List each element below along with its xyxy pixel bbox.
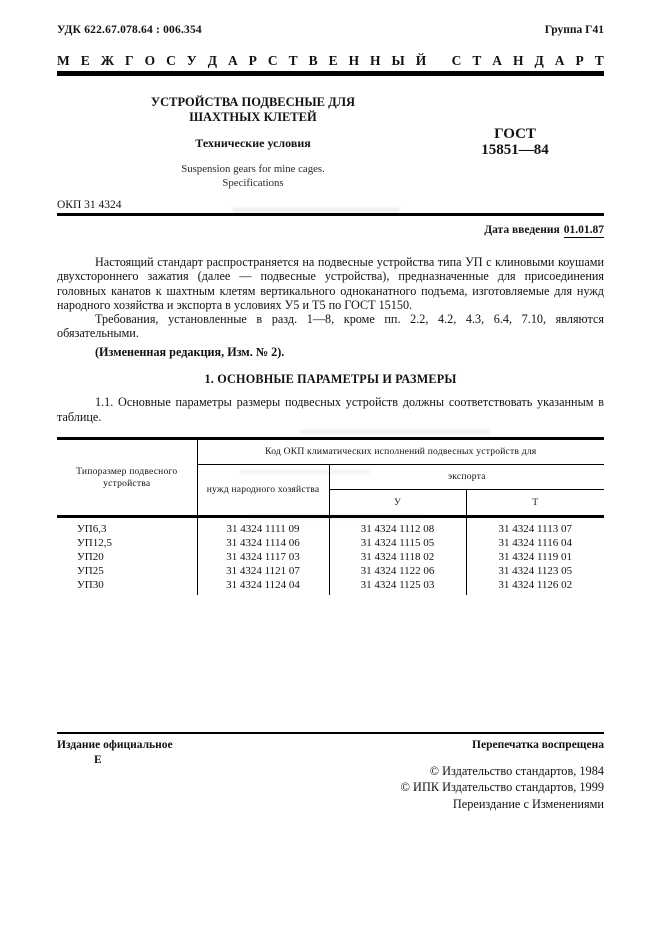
scan-artifact — [300, 430, 490, 434]
col-header-type-size: Типоразмер подвесного устройства — [57, 439, 197, 517]
body-text: Настоящий стандарт распространяется на п… — [57, 255, 604, 424]
paragraph-scope: Настоящий стандарт распространяется на п… — [57, 255, 604, 312]
scan-artifact — [232, 208, 400, 212]
document-title-en: Suspension gears for mine cages. Specifi… — [57, 163, 449, 190]
cell-export-t: 31 4324 1119 01 — [466, 550, 604, 564]
col-header-okp-code: Код ОКП климатических исполнений подвесн… — [197, 439, 604, 465]
title-line-2: ШАХТНЫХ КЛЕТЕЙ — [57, 110, 449, 125]
cell-export-t: 31 4324 1116 04 — [466, 536, 604, 550]
scan-artifact — [248, 515, 423, 519]
col-header-t: Т — [466, 490, 604, 517]
cell-national: 31 4324 1117 03 — [197, 550, 329, 564]
standard-banner: МЕЖГОСУДАРСТВЕННЫЙ СТАНДАРТ — [57, 53, 604, 69]
paragraph-amended-note: (Измененная редакция, Изм. № 2). — [57, 345, 604, 359]
cell-type: УП6,3 — [57, 517, 197, 537]
col-header-u: У — [329, 490, 466, 517]
gost-number: 15851—84 — [435, 142, 595, 158]
cell-national: 31 4324 1124 04 — [197, 578, 329, 595]
title-line-1: УСТРОЙСТВА ПОДВЕСНЫЕ ДЛЯ — [57, 95, 449, 110]
effective-date-label: Дата введения — [484, 224, 560, 236]
header-rule — [57, 213, 604, 216]
cell-export-t: 31 4324 1113 07 — [466, 517, 604, 537]
reissue-note: Переиздание с Изменениями — [401, 796, 604, 812]
cell-export-u: 31 4324 1112 08 — [329, 517, 466, 537]
table-row: УП25 31 4324 1121 07 31 4324 1122 06 31 … — [57, 564, 604, 578]
effective-date-value: 01.01.87 — [564, 224, 604, 238]
scan-artifact — [240, 470, 370, 474]
cell-export-t: 31 4324 1126 02 — [466, 578, 604, 595]
group-code: Группа Г41 — [545, 24, 604, 36]
copyright-line-1984: © Издательство стандартов, 1984 — [401, 763, 604, 779]
udk-classification: УДК 622.67.078.64 : 006.354 — [57, 24, 202, 36]
table-row: УП20 31 4324 1117 03 31 4324 1118 02 31 … — [57, 550, 604, 564]
table-row: УП6,3 31 4324 1111 09 31 4324 1112 08 31… — [57, 517, 604, 537]
section-1-title: 1. ОСНОВНЫЕ ПАРАМЕТРЫ И РАЗМЕРЫ — [57, 372, 604, 386]
cell-export-t: 31 4324 1123 05 — [466, 564, 604, 578]
banner-rule — [57, 71, 604, 76]
cell-type: УП12,5 — [57, 536, 197, 550]
copyright-block: © Издательство стандартов, 1984 © ИПК Из… — [401, 763, 604, 812]
cell-national: 31 4324 1121 07 — [197, 564, 329, 578]
footer-rule — [57, 732, 604, 734]
reprint-prohibited-label: Перепечатка воспрещена — [472, 739, 604, 751]
cell-national: 31 4324 1111 09 — [197, 517, 329, 537]
copyright-line-1999: © ИПК Издательство стандартов, 1999 — [401, 779, 604, 795]
document-title-ru: УСТРОЙСТВА ПОДВЕСНЫЕ ДЛЯ ШАХТНЫХ КЛЕТЕЙ — [57, 95, 449, 125]
document-page: УДК 622.67.078.64 : 006.354 Группа Г41 М… — [0, 0, 661, 936]
cell-export-u: 31 4324 1118 02 — [329, 550, 466, 564]
cell-national: 31 4324 1114 06 — [197, 536, 329, 550]
cell-type: УП30 — [57, 578, 197, 595]
paragraph-1-1: 1.1. Основные параметры размеры подвесны… — [57, 395, 604, 424]
title-en-line-2: Specifications — [57, 177, 449, 191]
table-row: УП12,5 31 4324 1114 06 31 4324 1115 05 3… — [57, 536, 604, 550]
gost-designation: ГОСТ 15851—84 — [435, 126, 595, 158]
paragraph-requirements: Требования, установленные в разд. 1—8, к… — [57, 312, 604, 341]
gost-label: ГОСТ — [435, 126, 595, 142]
cell-export-u: 31 4324 1115 05 — [329, 536, 466, 550]
cell-type: УП20 — [57, 550, 197, 564]
cell-export-u: 31 4324 1125 03 — [329, 578, 466, 595]
okp-code: ОКП 31 4324 — [57, 199, 122, 211]
effective-date: Дата введения01.01.87 — [484, 224, 604, 236]
title-en-line-1: Suspension gears for mine cages. — [57, 163, 449, 177]
cell-export-u: 31 4324 1122 06 — [329, 564, 466, 578]
col-header-export: экспорта — [329, 465, 604, 490]
document-subtitle: Технические условия — [57, 136, 449, 151]
cell-type: УП25 — [57, 564, 197, 578]
official-edition-label: Издание официальное — [57, 739, 173, 751]
edition-mark: Е — [94, 754, 102, 766]
table-row: УП30 31 4324 1124 04 31 4324 1125 03 31 … — [57, 578, 604, 595]
